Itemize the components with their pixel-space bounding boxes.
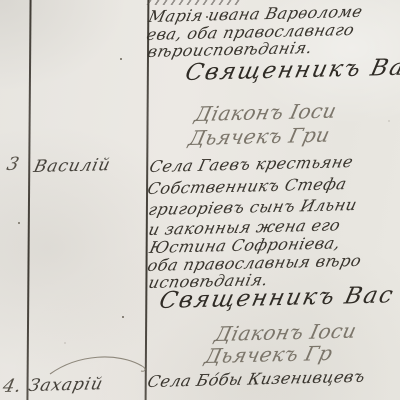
record-body-line: Села Гаевъ крестьяне [148, 154, 355, 175]
baptismal-name: Василій [32, 157, 112, 176]
record-number: 4. [1, 378, 23, 396]
record-body-line: Собственникъ Стефа [146, 176, 348, 197]
number-column-rule-line [26, 0, 31, 400]
baptismal-name: Захарій [27, 376, 105, 395]
deacon-signature: Діаконъ Іоси [193, 101, 339, 124]
sexton-signature: Дьячекъ Гр [203, 343, 335, 366]
priest-signature: Священникъ Вас [157, 284, 397, 313]
record-number: 3 [5, 156, 21, 174]
deacon-signature: Діаконъ Іоси [213, 321, 359, 344]
priest-signature: Священникъ Ва [183, 57, 400, 85]
sexton-signature: Дьячекъ Гри [187, 125, 332, 148]
record-body-line: Села Бо́бы Кизенивцевъ [146, 369, 367, 390]
scanned-register-page: Марія ивана Варѳоломе ева, оба православ… [0, 0, 400, 400]
